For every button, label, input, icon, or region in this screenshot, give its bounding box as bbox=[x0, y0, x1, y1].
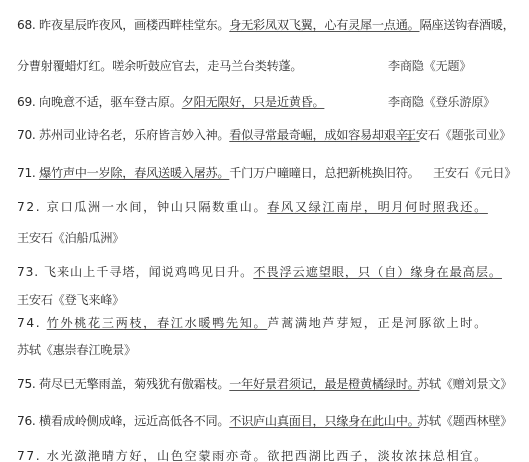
entry-number: 70. bbox=[17, 128, 35, 142]
poem-text: 荷尽已无擎雨盖，菊残犹有傲霜枝。 bbox=[35, 377, 229, 391]
poem-entry-70: 70. 苏州司业诗名老，乐府皆言妙入神。看似寻常最奇崛，成如容易却艰辛。 bbox=[17, 127, 419, 143]
poem-author-74: 苏轼《惠崇春江晚景》 bbox=[17, 342, 136, 358]
poem-text: 昨夜星辰昨夜风，画楼西畔桂堂东。 bbox=[35, 18, 229, 32]
poem-text: 芦蒿满地芦芽短，正是河豚欲上时。 bbox=[267, 316, 488, 330]
poem-entry-71: 71. 爆竹声中一岁除，春风送暖入屠苏。千门万户曈曈日，总把新桃换旧符。 bbox=[17, 165, 419, 181]
poem-entry-68-continuation: 分曹射覆蜡灯红。嗟余听鼓应官去，走马兰台类转蓬。 bbox=[17, 58, 302, 74]
underlined-answer: 爆竹声中一岁除，春风送暖入屠苏。 bbox=[39, 166, 229, 180]
poem-author-69: 李商隐《登乐游原》 bbox=[388, 94, 495, 110]
poem-text: 分曹射覆蜡灯红。嗟余听鼓应官去，走马兰台类转蓬。 bbox=[17, 59, 302, 73]
poem-entry-76: 76. 横看成岭侧成峰，远近高低各不同。不识庐山真面目，只缘身在此山中。 bbox=[17, 413, 419, 429]
entry-number: 69. bbox=[17, 95, 35, 109]
poem-entry-69: 69. 向晚意不适，驱车登古原。夕阳无限好，只是近黄昏。 bbox=[17, 94, 324, 110]
entry-number: 75. bbox=[17, 377, 35, 391]
entry-number: 71. bbox=[17, 166, 35, 180]
poem-text: 苏州司业诗名老，乐府皆言妙入神。 bbox=[35, 128, 229, 142]
poem-entry-77: 77. 水光潋滟晴方好，山色空蒙雨亦奇。欲把西湖比西子，淡妆浓抹总相宜。 bbox=[17, 448, 488, 462]
underlined-answer: 一年好景君须记，最是橙黄橘绿时。 bbox=[229, 377, 419, 391]
entry-number: 76. bbox=[17, 414, 35, 428]
poem-author-70: 王安石《题张司业》 bbox=[404, 127, 511, 143]
poem-text: 横看成岭侧成峰，远近高低各不同。 bbox=[35, 414, 229, 428]
underlined-answer: 看似寻常最奇崛，成如容易却艰辛。 bbox=[229, 128, 419, 142]
poem-entry-73: 73. 飞来山上千寻塔，闻说鸡鸣见日升。不畏浮云遮望眼，只（自）缘身在最高层。 bbox=[17, 264, 502, 280]
poem-text: 飞来山上千寻塔，闻说鸡鸣见日升。 bbox=[39, 265, 253, 279]
poem-entry-72: 72. 京口瓜洲一水间，钟山只隔数重山。春风又绿江南岸，明月何时照我还。 bbox=[17, 199, 488, 215]
poem-text: 隔座送钩春酒暖， bbox=[419, 18, 514, 32]
entry-number: 73. bbox=[17, 265, 39, 279]
poem-author-68: 李商隐《无题》 bbox=[388, 58, 471, 74]
poem-entry-74: 74. 竹外桃花三两枝，春江水暖鸭先知。芦蒿满地芦芽短，正是河豚欲上时。 bbox=[17, 315, 488, 331]
poem-author-71: 王安石《元日》 bbox=[433, 165, 516, 181]
underlined-answer: 竹外桃花三两枝，春江水暖鸭先知。 bbox=[47, 316, 268, 330]
poem-text: 京口瓜洲一水间，钟山只隔数重山。 bbox=[41, 200, 267, 214]
underlined-answer: 春风又绿江南岸，明月何时照我还。 bbox=[267, 200, 488, 214]
poem-author-72: 王安石《泊船瓜洲》 bbox=[17, 230, 124, 246]
entry-number: 74. bbox=[17, 316, 41, 330]
underlined-answer: 不识庐山真面目，只缘身在此山中。 bbox=[229, 414, 419, 428]
underlined-answer: 不畏浮云遮望眼，只（自）缘身在最高层。 bbox=[253, 265, 502, 279]
entry-number: 77. bbox=[17, 449, 41, 462]
poem-entry-68: 68. 昨夜星辰昨夜风，画楼西畔桂堂东。身无彩凤双飞翼，心有灵犀一点通。隔座送钩… bbox=[17, 17, 515, 33]
poem-author-76: 苏轼《题西林壁》 bbox=[417, 413, 512, 429]
poem-author-73: 王安石《登飞来峰》 bbox=[17, 292, 124, 308]
poem-text: 千门万户曈曈日，总把新桃换旧符。 bbox=[229, 166, 419, 180]
poem-entry-75: 75. 荷尽已无擎雨盖，菊残犹有傲霜枝。一年好景君须记，最是橙黄橘绿时。 bbox=[17, 376, 419, 392]
underlined-answer: 夕阳无限好，只是近黄昏。 bbox=[182, 95, 325, 109]
poem-text: 水光潋滟晴方好，山色空蒙雨亦奇。欲把西湖比西子，淡妆浓抹总相宜。 bbox=[41, 449, 488, 462]
poem-text: 向晚意不适，驱车登古原。 bbox=[35, 95, 181, 109]
entry-number: 68. bbox=[17, 18, 35, 32]
underlined-answer: 身无彩凤双飞翼，心有灵犀一点通。 bbox=[229, 18, 419, 32]
poem-author-75: 苏轼《赠刘景文》 bbox=[417, 376, 512, 392]
entry-number: 72. bbox=[17, 200, 41, 214]
